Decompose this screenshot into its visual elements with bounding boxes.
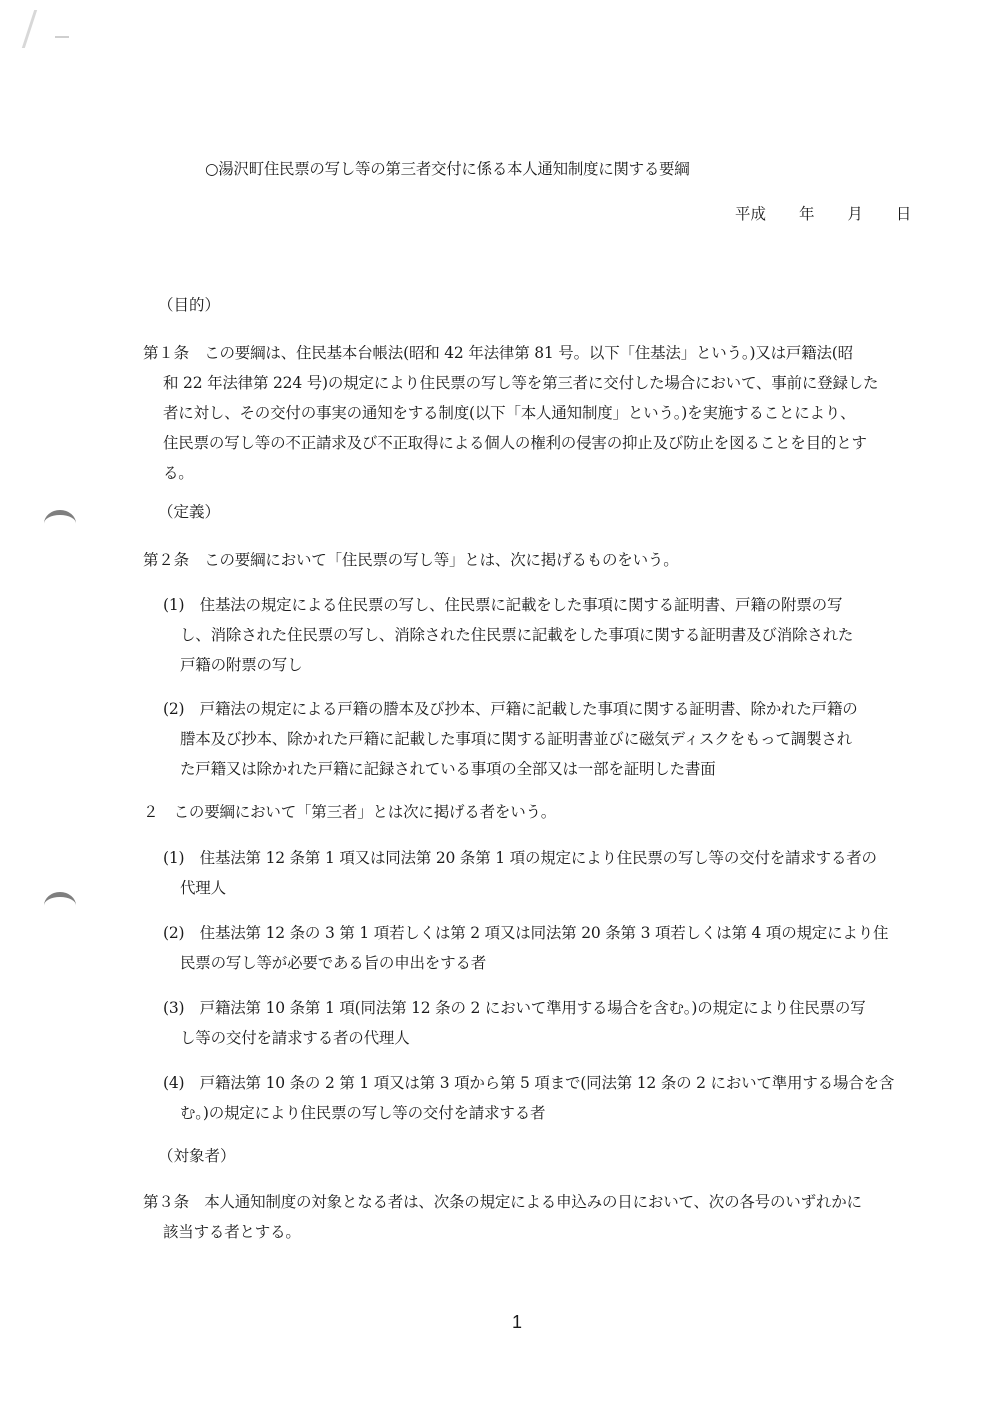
text-line: 住民票の写し等の不正請求及び不正取得による個人の権利の侵害の抑止及び防止を図るこ…	[143, 428, 878, 458]
text-line: 第３条 本人通知制度の対象となる者は、次条の規定による申込みの日において、次の各…	[143, 1187, 862, 1217]
article-2-item-1: (1) 住基法の規定による住民票の写し、住民票に記載をした事項に関する証明書、戸…	[163, 590, 853, 680]
article-2-p2-item-1: (1) 住基法第 12 条第 1 項又は同法第 20 条第 1 項の規定により住…	[163, 843, 877, 903]
text-line: 該当する者とする。	[143, 1217, 862, 1247]
text-line: 代理人	[163, 873, 877, 903]
scan-artifact-mark	[55, 36, 69, 38]
text-line: (4) 戸籍法第 10 条の 2 第 1 項又は第 3 項から第 5 項まで(同…	[163, 1068, 894, 1098]
text-line: た戸籍又は除かれた戸籍に記録されている事項の全部又は一部を証明した書面	[163, 754, 858, 784]
text-line: 第１条 この要綱は、住民基本台帳法(昭和 42 年法律第 81 号。以下「住基法…	[143, 338, 878, 368]
text-line: 和 22 年法律第 224 号)の規定により住民票の写し等を第三者に交付した場合…	[143, 368, 878, 398]
text-line: し等の交付を請求する者の代理人	[163, 1023, 866, 1053]
text-line: む。)の規定により住民票の写し等の交付を請求する者	[163, 1098, 894, 1128]
text-line: 第２条 この要綱において「住民票の写し等」とは、次に掲げるものをいう。	[143, 545, 679, 575]
text-line: 者に対し、その交付の事実の通知をする制度(以下「本人通知制度」という。)を実施す…	[143, 398, 878, 428]
punch-hole-mark	[44, 510, 76, 537]
scan-artifact-mark	[22, 10, 49, 48]
document-title: ○湯沢町住民票の写し等の第三者交付に係る本人通知制度に関する要綱	[205, 157, 689, 179]
text-line: る。	[143, 458, 878, 488]
date-era: 平成	[735, 202, 766, 224]
section-heading-purpose: （目的）	[158, 293, 220, 315]
section-heading-eligible: （対象者）	[158, 1144, 236, 1166]
text-line: (1) 住基法第 12 条第 1 項又は同法第 20 条第 1 項の規定により住…	[163, 843, 877, 873]
document-date: 平成 年 月 日	[735, 202, 911, 224]
date-month: 月	[847, 202, 863, 224]
section-heading-definitions: （定義）	[158, 500, 220, 522]
text-line: (3) 戸籍法第 10 条第 1 項(同法第 12 条の 2 において準用する場…	[163, 993, 866, 1023]
text-line: (1) 住基法の規定による住民票の写し、住民票に記載をした事項に関する証明書、戸…	[163, 590, 853, 620]
page-number: 1	[512, 1312, 522, 1333]
date-year: 年	[799, 202, 815, 224]
article-2-p2-item-2: (2) 住基法第 12 条の 3 第 1 項若しくは第 2 項又は同法第 20 …	[163, 918, 888, 978]
text-line: 戸籍の附票の写し	[163, 650, 853, 680]
article-3: 第３条 本人通知制度の対象となる者は、次条の規定による申込みの日において、次の各…	[143, 1187, 862, 1247]
article-2-item-2: (2) 戸籍法の規定による戸籍の謄本及び抄本、戸籍に記載した事項に関する証明書、…	[163, 694, 858, 784]
punch-hole-mark	[44, 892, 76, 919]
text-line: 民票の写し等が必要である旨の申出をする者	[163, 948, 888, 978]
article-1: 第１条 この要綱は、住民基本台帳法(昭和 42 年法律第 81 号。以下「住基法…	[143, 338, 878, 488]
article-2-p2-item-4: (4) 戸籍法第 10 条の 2 第 1 項又は第 3 項から第 5 項まで(同…	[163, 1068, 894, 1128]
article-2: 第２条 この要綱において「住民票の写し等」とは、次に掲げるものをいう。	[143, 545, 679, 575]
text-line: (2) 住基法第 12 条の 3 第 1 項若しくは第 2 項又は同法第 20 …	[163, 918, 888, 948]
text-line: (2) 戸籍法の規定による戸籍の謄本及び抄本、戸籍に記載した事項に関する証明書、…	[163, 694, 858, 724]
article-2-paragraph-2: ２ この要綱において「第三者」とは次に掲げる者をいう。	[143, 797, 556, 827]
article-2-p2-item-3: (3) 戸籍法第 10 条第 1 項(同法第 12 条の 2 において準用する場…	[163, 993, 866, 1053]
text-line: 謄本及び抄本、除かれた戸籍に記載した事項に関する証明書並びに磁気ディスクをもって…	[163, 724, 858, 754]
date-day: 日	[896, 202, 912, 224]
text-line: し、消除された住民票の写し、消除された住民票に記載をした事項に関する証明書及び消…	[163, 620, 853, 650]
text-line: ２ この要綱において「第三者」とは次に掲げる者をいう。	[143, 797, 556, 827]
